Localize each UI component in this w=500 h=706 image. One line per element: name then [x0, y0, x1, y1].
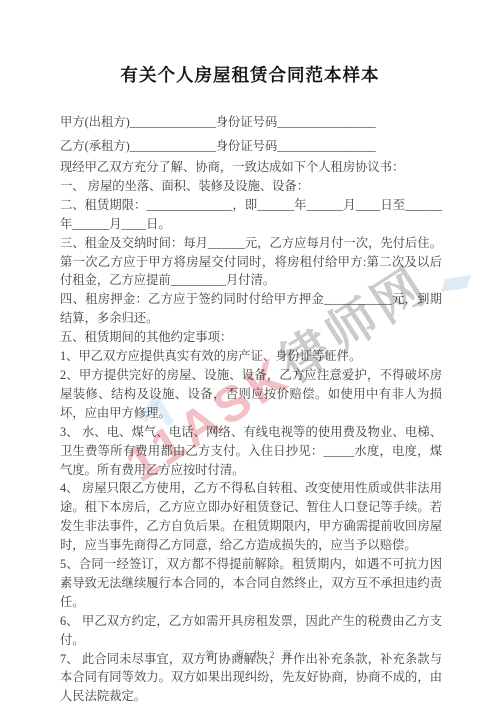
clause-1: 一、 房屋的坐落、面积、装修及设施、设备：	[60, 177, 442, 196]
party-b-line: 乙方(承租方)______________身份证号码______________…	[60, 134, 442, 158]
clause-3: 三、租金及交纳时间：每月______元，乙方应每月付一次，先付后住。第一次乙方应…	[60, 234, 442, 291]
clause-4: 四、租房押金：乙方应于签约同时付给甲方押金___________元，到期结算，多…	[60, 290, 442, 328]
clause-5-item-6: 6、 甲乙双方约定，乙方如需开具房租发票，因此产生的税费由乙方支付。	[60, 612, 442, 650]
contract-document-page: 11ASK律师网 有关个人房屋租赁合同范本样本 甲方(出租方)_________…	[0, 0, 500, 706]
intro-line: 现经甲乙双方充分了解、协商，一致达成如下个人租房协议书：	[60, 158, 442, 177]
document-title: 有关个人房屋租赁合同范本样本	[0, 62, 500, 87]
clause-5: 五、租赁期间的其他约定事项：	[60, 328, 442, 347]
watermark-fragment	[441, 275, 471, 292]
clause-5-item-5: 5、合同一经签订，双方都不得提前解除。租赁期内，如遇不可抗力因素导致无法继续履行…	[60, 555, 442, 612]
clause-5-item-3: 3、 水、电、煤气、电话、网络、有线电视等的使用费及物业、电梯、卫生费等所有费用…	[60, 423, 442, 480]
clause-5-item-1: 1、甲乙双方应提供真实有效的房产证、身份证等证件。	[60, 347, 442, 366]
clause-5-item-2: 2、甲方提供完好的房屋、设施、设备，乙方应注意爱护，不得破坏房屋装修、结构及设施…	[60, 366, 442, 423]
page-number: 第 1 页 共 2 页	[0, 648, 500, 661]
party-a-line: 甲方(出租方)______________身份证号码______________…	[60, 110, 442, 134]
document-body: 甲方(出租方)______________身份证号码______________…	[60, 110, 442, 706]
clause-5-item-4: 4、 房屋只限乙方使用，乙方不得私自转租、改变使用性质或供非法用途。租下本房后，…	[60, 479, 442, 555]
clause-2: 二、租赁期限：______________，即______年______月___…	[60, 196, 442, 234]
